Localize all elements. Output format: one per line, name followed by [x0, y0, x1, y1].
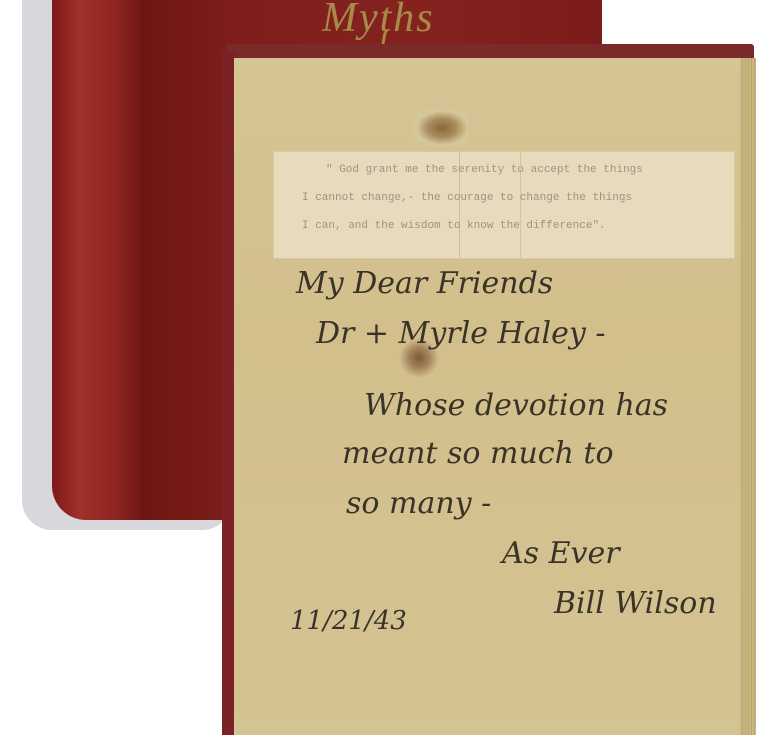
- page-edges: [740, 58, 756, 735]
- clipping-line: I cannot change,- the courage to change …: [302, 192, 632, 204]
- inscription-line: so many -: [346, 486, 491, 521]
- back-book-spine: [52, 0, 144, 520]
- endpaper: " God grant me the serenity to accept th…: [234, 58, 744, 735]
- typed-clipping: " God grant me the serenity to accept th…: [274, 152, 734, 258]
- inscription-date: 11/21/43: [290, 606, 407, 636]
- front-book: " God grant me the serenity to accept th…: [222, 44, 756, 735]
- clipping-line: " God grant me the serenity to accept th…: [326, 164, 643, 176]
- inscription-line: My Dear Friends: [296, 266, 553, 301]
- inscription-line: Dr + Myrle Haley -: [316, 316, 606, 351]
- inscription-line: Whose devotion has: [364, 388, 668, 423]
- closing: As Ever: [502, 536, 620, 571]
- clipping-line: I can, and the wisdom to know the differ…: [302, 220, 606, 232]
- gold-title-fragment: Myths: [322, 0, 435, 42]
- inscription-line: meant so much to: [342, 436, 614, 471]
- stain-top: [409, 106, 469, 146]
- signature: Bill Wilson: [554, 586, 717, 621]
